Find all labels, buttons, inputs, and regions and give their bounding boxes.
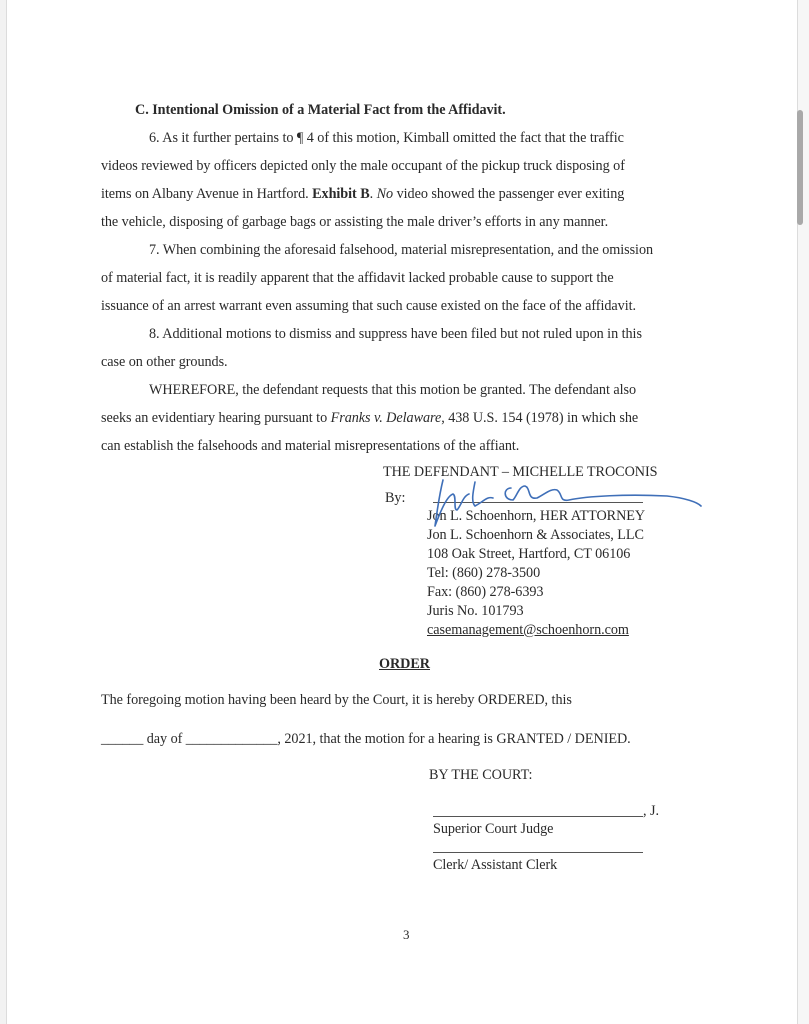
- email-link[interactable]: casemanagement@schoenhorn.com: [427, 622, 629, 639]
- firm-telephone: Tel: (860) 278-3500: [427, 565, 540, 582]
- judge-suffix: , J.: [643, 803, 659, 820]
- document-page: C. Intentional Omission of a Material Fa…: [6, 0, 798, 1024]
- clerk-label: Clerk/ Assistant Clerk: [433, 857, 557, 874]
- paragraph-6-line-2: videos reviewed by officers depicted onl…: [101, 158, 625, 175]
- order-line-1: The foregoing motion having been heard b…: [101, 692, 572, 709]
- paragraph-7-line-3: issuance of an arrest warrant even assum…: [101, 298, 636, 315]
- firm-address: 108 Oak Street, Hartford, CT 06106: [427, 546, 630, 563]
- paragraph-8-line-2: case on other grounds.: [101, 354, 228, 371]
- paragraph-7-line-2: of material fact, it is readily apparent…: [101, 270, 614, 287]
- text-run: items on Albany Avenue in Hartford.: [101, 186, 312, 202]
- firm-fax: Fax: (860) 278-6393: [427, 584, 543, 601]
- paragraph-6-line-1: 6. As it further pertains to ¶ 4 of this…: [149, 130, 624, 147]
- text-run: .: [370, 186, 377, 202]
- scrollbar-thumb[interactable]: [797, 110, 803, 225]
- emphasis-no: No: [377, 186, 393, 202]
- order-heading: ORDER: [379, 656, 430, 673]
- by-label: By:: [385, 490, 405, 507]
- text-run: video showed the passenger ever exiting: [393, 186, 624, 202]
- page-number: 3: [403, 927, 409, 943]
- judge-signature-line: [433, 816, 643, 817]
- handwritten-signature: [427, 466, 707, 534]
- wherefore-line-2: seeks an evidentiary hearing pursuant to…: [101, 410, 638, 427]
- wherefore-line-3: can establish the falsehoods and materia…: [101, 438, 519, 455]
- text-run: , 438 U.S. 154 (1978) in which she: [441, 410, 638, 426]
- case-citation: Franks v. Delaware: [331, 410, 442, 426]
- paragraph-8-line-1: 8. Additional motions to dismiss and sup…: [149, 326, 642, 343]
- order-line-2: ______ day of _____________, 2021, that …: [101, 731, 631, 748]
- section-heading: C. Intentional Omission of a Material Fa…: [135, 102, 506, 119]
- text-run: seeks an evidentiary hearing pursuant to: [101, 410, 331, 426]
- paragraph-6-line-3: items on Albany Avenue in Hartford. Exhi…: [101, 186, 624, 203]
- exhibit-reference: Exhibit B: [312, 186, 370, 202]
- paragraph-7-line-1: 7. When combining the aforesaid falsehoo…: [149, 242, 653, 259]
- wherefore-line-1: WHEREFORE, the defendant requests that t…: [149, 382, 636, 399]
- juris-number: Juris No. 101793: [427, 603, 524, 620]
- judge-label: Superior Court Judge: [433, 821, 553, 838]
- by-the-court-label: BY THE COURT:: [429, 767, 532, 784]
- paragraph-6-line-4: the vehicle, disposing of garbage bags o…: [101, 214, 608, 231]
- clerk-signature-line: [433, 852, 643, 853]
